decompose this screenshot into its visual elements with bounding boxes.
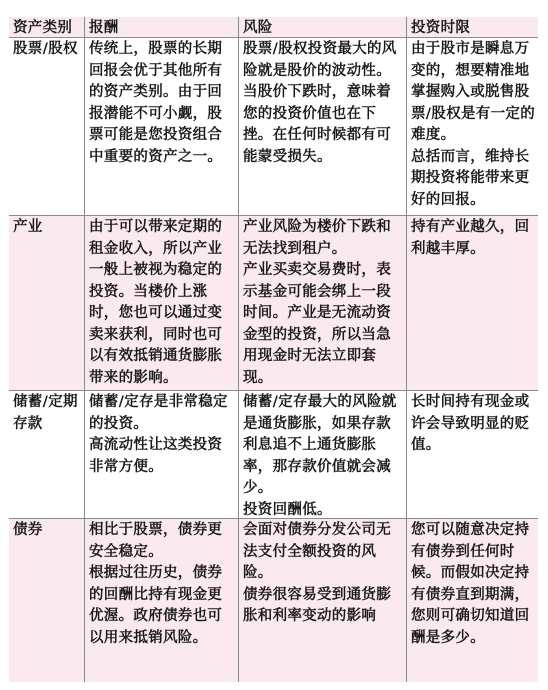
risk-text: 投资回酬低。: [243, 500, 403, 522]
horizon-text: 由于股市是瞬息万变的，想要精准地掌握购入或脱售股票/股权是有一定的难度。: [411, 39, 535, 147]
row-risk: 产业风险为楼价下跌和无法找到租户。 产业买卖交易费时，表示基金可能会绑上一段时间…: [238, 216, 406, 390]
row-return: 传统上，股票的长期回报会优于其他所有的资产类别。由于回报潜能不可小觑，股票可能是…: [84, 38, 238, 215]
row-horizon: 由于股市是瞬息万变的，想要精准地掌握购入或脱售股票/股权是有一定的难度。 总括而…: [406, 38, 538, 215]
row-horizon: 长时间持有现金或许会导致明显的贬值。: [406, 391, 538, 518]
row-risk: 股票/股权投资最大的风险就是股价的波动性。当股价下跌时，意味着您的投资价值也在下…: [238, 38, 406, 215]
row-horizon: 您可以随意决定持有债券到任何时候。而假如决定持有债券直到期满，您则可确切知道回酬…: [406, 519, 538, 682]
return-text: 储蓄/定存是非常稳定的投资。: [89, 392, 235, 435]
row-horizon: 持有产业越久，回利越丰厚。: [406, 216, 538, 390]
horizon-text: 您可以随意决定持有债券到任何时候。而假如决定持有债券直到期满，您则可确切知道回酬…: [411, 520, 535, 649]
row-category: 产业: [9, 216, 84, 390]
return-text: 传统上，股票的长期回报会优于其他所有的资产类别。由于回报潜能不可小觑，股票可能是…: [89, 39, 235, 168]
table-row-property: 产业 由于可以带来定期的租金收入，所以产业一般上被视为稳定的投资。当楼价上涨时，…: [9, 216, 538, 391]
table-row-savings: 储蓄/定期存款 储蓄/定存是非常稳定的投资。 高流动性让这类投资非常方便。 储蓄…: [9, 391, 538, 519]
risk-text: 股票/股权投资最大的风险就是股价的波动性。当股价下跌时，意味着您的投资价值也在下…: [243, 39, 403, 168]
header-risk: 风险: [238, 17, 406, 37]
risk-text: 储蓄/定存最大的风险就是通货膨胀，如果存款利息追不上通货膨胀率，那存款价值就会减…: [243, 392, 403, 500]
row-return: 相比于股票，债券更安全稳定。 根据过往历史，债券的回酬比持有现金更优渥。政府债券…: [84, 519, 238, 682]
header-asset-class: 资产类别: [9, 17, 84, 37]
row-category: 股票/股权: [9, 38, 84, 215]
horizon-text: 总括而言，维持长期投资将能带来更好的回报。: [411, 147, 535, 212]
row-risk: 会面对债券分发公司无法支付全额投资的风险。 债券很容易受到通货膨胀和利率变动的影…: [238, 519, 406, 682]
table-row-stocks: 股票/股权 传统上，股票的长期回报会优于其他所有的资产类别。由于回报潜能不可小觑…: [9, 38, 538, 216]
row-return: 储蓄/定存是非常稳定的投资。 高流动性让这类投资非常方便。: [84, 391, 238, 518]
header-horizon: 投资时限: [406, 17, 538, 37]
table-header-row: 资产类别 报酬 风险 投资时限: [9, 17, 538, 38]
horizon-text: 长时间持有现金或许会导致明显的贬值。: [411, 392, 535, 457]
horizon-text: 持有产业越久，回利越丰厚。: [411, 217, 535, 260]
return-text: 高流动性让这类投资非常方便。: [89, 435, 235, 478]
row-category: 债券: [9, 519, 84, 682]
risk-text: 会面对债券分发公司无法支付全额投资的风险。: [243, 520, 403, 585]
asset-comparison-table: 资产类别 报酬 风险 投资时限 股票/股权 传统上，股票的长期回报会优于其他所有…: [9, 17, 538, 682]
risk-text: 债券很容易受到通货膨胀和利率变动的影响: [243, 585, 403, 628]
row-category: 储蓄/定期存款: [9, 391, 84, 518]
risk-text: 产业风险为楼价下跌和无法找到租户。: [243, 217, 403, 260]
return-text: 根据过往历史，债券的回酬比持有现金更优渥。政府债券也可以用来抵销风险。: [89, 563, 235, 649]
header-return: 报酬: [84, 17, 238, 37]
table-row-bonds: 债券 相比于股票，债券更安全稳定。 根据过往历史，债券的回酬比持有现金更优渥。政…: [9, 519, 538, 682]
risk-text: 产业买卖交易费时，表示基金可能会绑上一段时间。产业是无流动资金型的投资，所以当急…: [243, 260, 403, 389]
row-return: 由于可以带来定期的租金收入，所以产业一般上被视为稳定的投资。当楼价上涨时，您也可…: [84, 216, 238, 390]
return-text: 相比于股票，债券更安全稳定。: [89, 520, 235, 563]
row-risk: 储蓄/定存最大的风险就是通货膨胀，如果存款利息追不上通货膨胀率，那存款价值就会减…: [238, 391, 406, 518]
return-text: 由于可以带来定期的租金收入，所以产业一般上被视为稳定的投资。当楼价上涨时，您也可…: [89, 217, 235, 389]
